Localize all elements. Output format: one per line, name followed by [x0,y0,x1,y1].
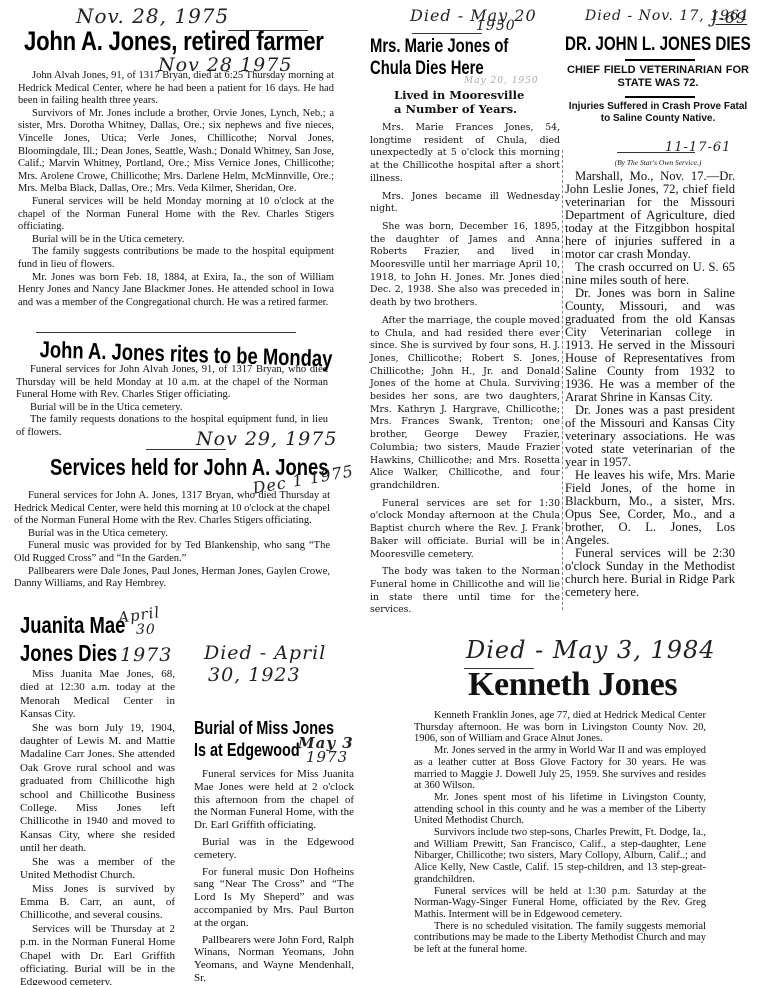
divider [617,152,695,153]
paragraph: Pallbearers were Dale Jones, Paul Jones,… [14,566,330,591]
paragraph: For funeral music Don Hofheins sang “Nea… [194,866,354,930]
handwritten-date-top: Nov. 28, 1975 [76,4,229,28]
paragraph: Dr. Jones was a past president of the Mi… [565,404,735,469]
article-body: Funeral services for Miss Juanita Mae Jo… [194,764,354,985]
headline-line-2: Is at Edgewood [194,740,300,761]
paragraph: Funeral music was provided for by Ted Bl… [14,540,330,565]
paragraph: Funeral services will be held at 1:30 p.… [414,886,706,921]
headline: Kenneth Jones [468,666,677,704]
paragraph: Funeral services are set for 1:30 o'cloc… [370,498,560,562]
paragraph: Mr. Jones was born Feb. 18, 1884, at Exi… [18,272,334,310]
clipping-john-jones-services-held: Services held for John A. Jones Dec 1 19… [14,452,344,594]
paragraph: Mr. Jones served in the army in World Wa… [414,745,706,792]
article-body: Funeral services for John A. Jones, 1317… [14,490,330,591]
paragraph: Survivors include two step-sons, Charles… [414,827,706,886]
paragraph: Burial will be in the Utica cemetery. [18,234,334,247]
handwritten-note-line-1: Died - May 20 [410,6,537,25]
faint-date-stamp: May 20, 1950 [464,76,539,86]
handwritten-note-line-2: 30, 1923 [208,664,301,686]
article-body: Miss Juanita Mae Jones, 68, died at 12:3… [20,668,175,985]
paragraph: Miss Juanita Mae Jones, 68, died at 12:3… [20,668,175,722]
paragraph: Burial will be in the Utica cemetery. [16,402,328,415]
paragraph: Funeral services for Miss Juanita Mae Jo… [194,768,354,832]
paragraph: Mrs. Marie Frances Jones, 54, longtime r… [370,122,560,186]
paragraph: She was a member of the United Methodist… [20,856,175,883]
article-body: Marshall, Mo., Nov. 17.—Dr. John Leslie … [565,170,735,599]
subhead: CHIEF FIELD VETERINARIAN FOR STATE WAS 7… [567,64,749,90]
paragraph: Pallbearers were John Ford, Ralph Winans… [194,934,354,985]
handwritten-note: Died - May 3, 1984 [466,636,716,664]
paragraph: The body was taken to the Norman Funeral… [370,566,560,617]
divider [146,449,226,450]
paragraph: Kenneth Franklin Jones, age 77, died at … [414,710,706,745]
clipping-john-jones-retired-farmer: Nov. 28, 1975 John A. Jones, retired far… [18,0,354,330]
paragraph: John Alvah Jones, 91, of 1317 Bryan, die… [18,70,334,108]
credit-line: (By The Star's Own Service.) [565,158,751,167]
paragraph: Burial was in the Edgewood cemetery. [194,836,354,862]
handwritten-year: 1973 [120,644,172,666]
paragraph: Miss Jones is survived by Emma B. Carr, … [20,883,175,923]
divider [412,33,482,34]
paragraph: There is no scheduled visitation. The fa… [414,921,706,956]
clipping-burial-of-miss-jones: Died - April 30, 1923 Burial of Miss Jon… [190,640,358,980]
paragraph: Survivors of Mr. Jones include a brother… [18,108,334,196]
divider [625,59,695,61]
handwritten-day: 30 [136,622,156,638]
paragraph: Funeral services for John A. Jones, 1317… [14,490,330,528]
clipping-dr-john-l-jones: Died - Nov. 17, 1961 J-69 DR. JOHN L. JO… [565,0,757,625]
handwritten-date: Nov 29, 1975 [196,428,337,450]
clipping-john-jones-rites: John A. Jones rites to be Monday Funeral… [16,332,346,450]
subhead-2: Injuries Suffered in Crash Prove Fatal t… [565,101,751,125]
clipping-juanita-mae-jones-dies: Juanita Mae Jones Dies April 30 1973 Mis… [20,606,178,984]
paragraph: She was born, December 16, 1895, the dau… [370,221,560,310]
subhead-line-2: a Number of Years. [394,102,517,116]
article-body: John Alvah Jones, 91, of 1317 Bryan, die… [18,70,334,309]
paragraph: She was born July 19, 1904, daughter of … [20,722,175,856]
paragraph: Marshall, Mo., Nov. 17.—Dr. John Leslie … [565,170,735,261]
handwritten-note-line-1: Died - April [204,642,326,664]
subhead-line-1: Lived in Mooresville [394,88,524,102]
paragraph: He leaves his wife, Mrs. Marie Field Jon… [565,469,735,547]
paragraph: Mr. Jones spent most of his lifetime in … [414,792,706,827]
paragraph: The family suggests contributions be mad… [18,246,334,271]
divider [625,96,695,98]
column-cut-edge [562,150,563,610]
handwritten-code: J-69 [711,8,747,27]
paragraph: Burial was in the Utica cemetery. [14,528,330,541]
article-body: Kenneth Franklin Jones, age 77, died at … [414,710,706,956]
paragraph: Dr. Jones was born in Saline County, Mis… [565,287,735,404]
paragraph: Funeral services for John Alvah Jones, 9… [16,364,328,402]
headline-line-2: Jones Dies [20,640,117,667]
paragraph: Funeral services will be 2:30 o'clock Su… [565,547,735,599]
headline: John A. Jones, retired farmer [24,26,324,57]
clipping-kenneth-jones: Died - May 3, 1984 Kenneth Jones Kenneth… [420,630,755,980]
paragraph: Services will be Thursday at 2 p.m. in t… [20,923,175,985]
paragraph: Mrs. Jones became ill Wednesday night. [370,191,560,216]
paragraph: After the marriage, the couple moved to … [370,315,560,493]
divider [36,332,296,333]
paragraph: The crash occurred on U. S. 65 nine mile… [565,261,735,287]
paragraph: Funeral services will be held Monday mor… [18,196,334,234]
headline-line-1: Mrs. Marie Jones of [370,36,508,58]
handwritten-note-line-2: 1950 [476,18,516,34]
headline-line-1: Juanita Mae [20,612,125,639]
headline: DR. JOHN L. JONES DIES [565,34,751,56]
clipping-mrs-marie-jones: Died - May 20 1950 Mrs. Marie Jones of C… [370,0,562,600]
article-body: Mrs. Marie Frances Jones, 54, longtime r… [370,122,560,622]
